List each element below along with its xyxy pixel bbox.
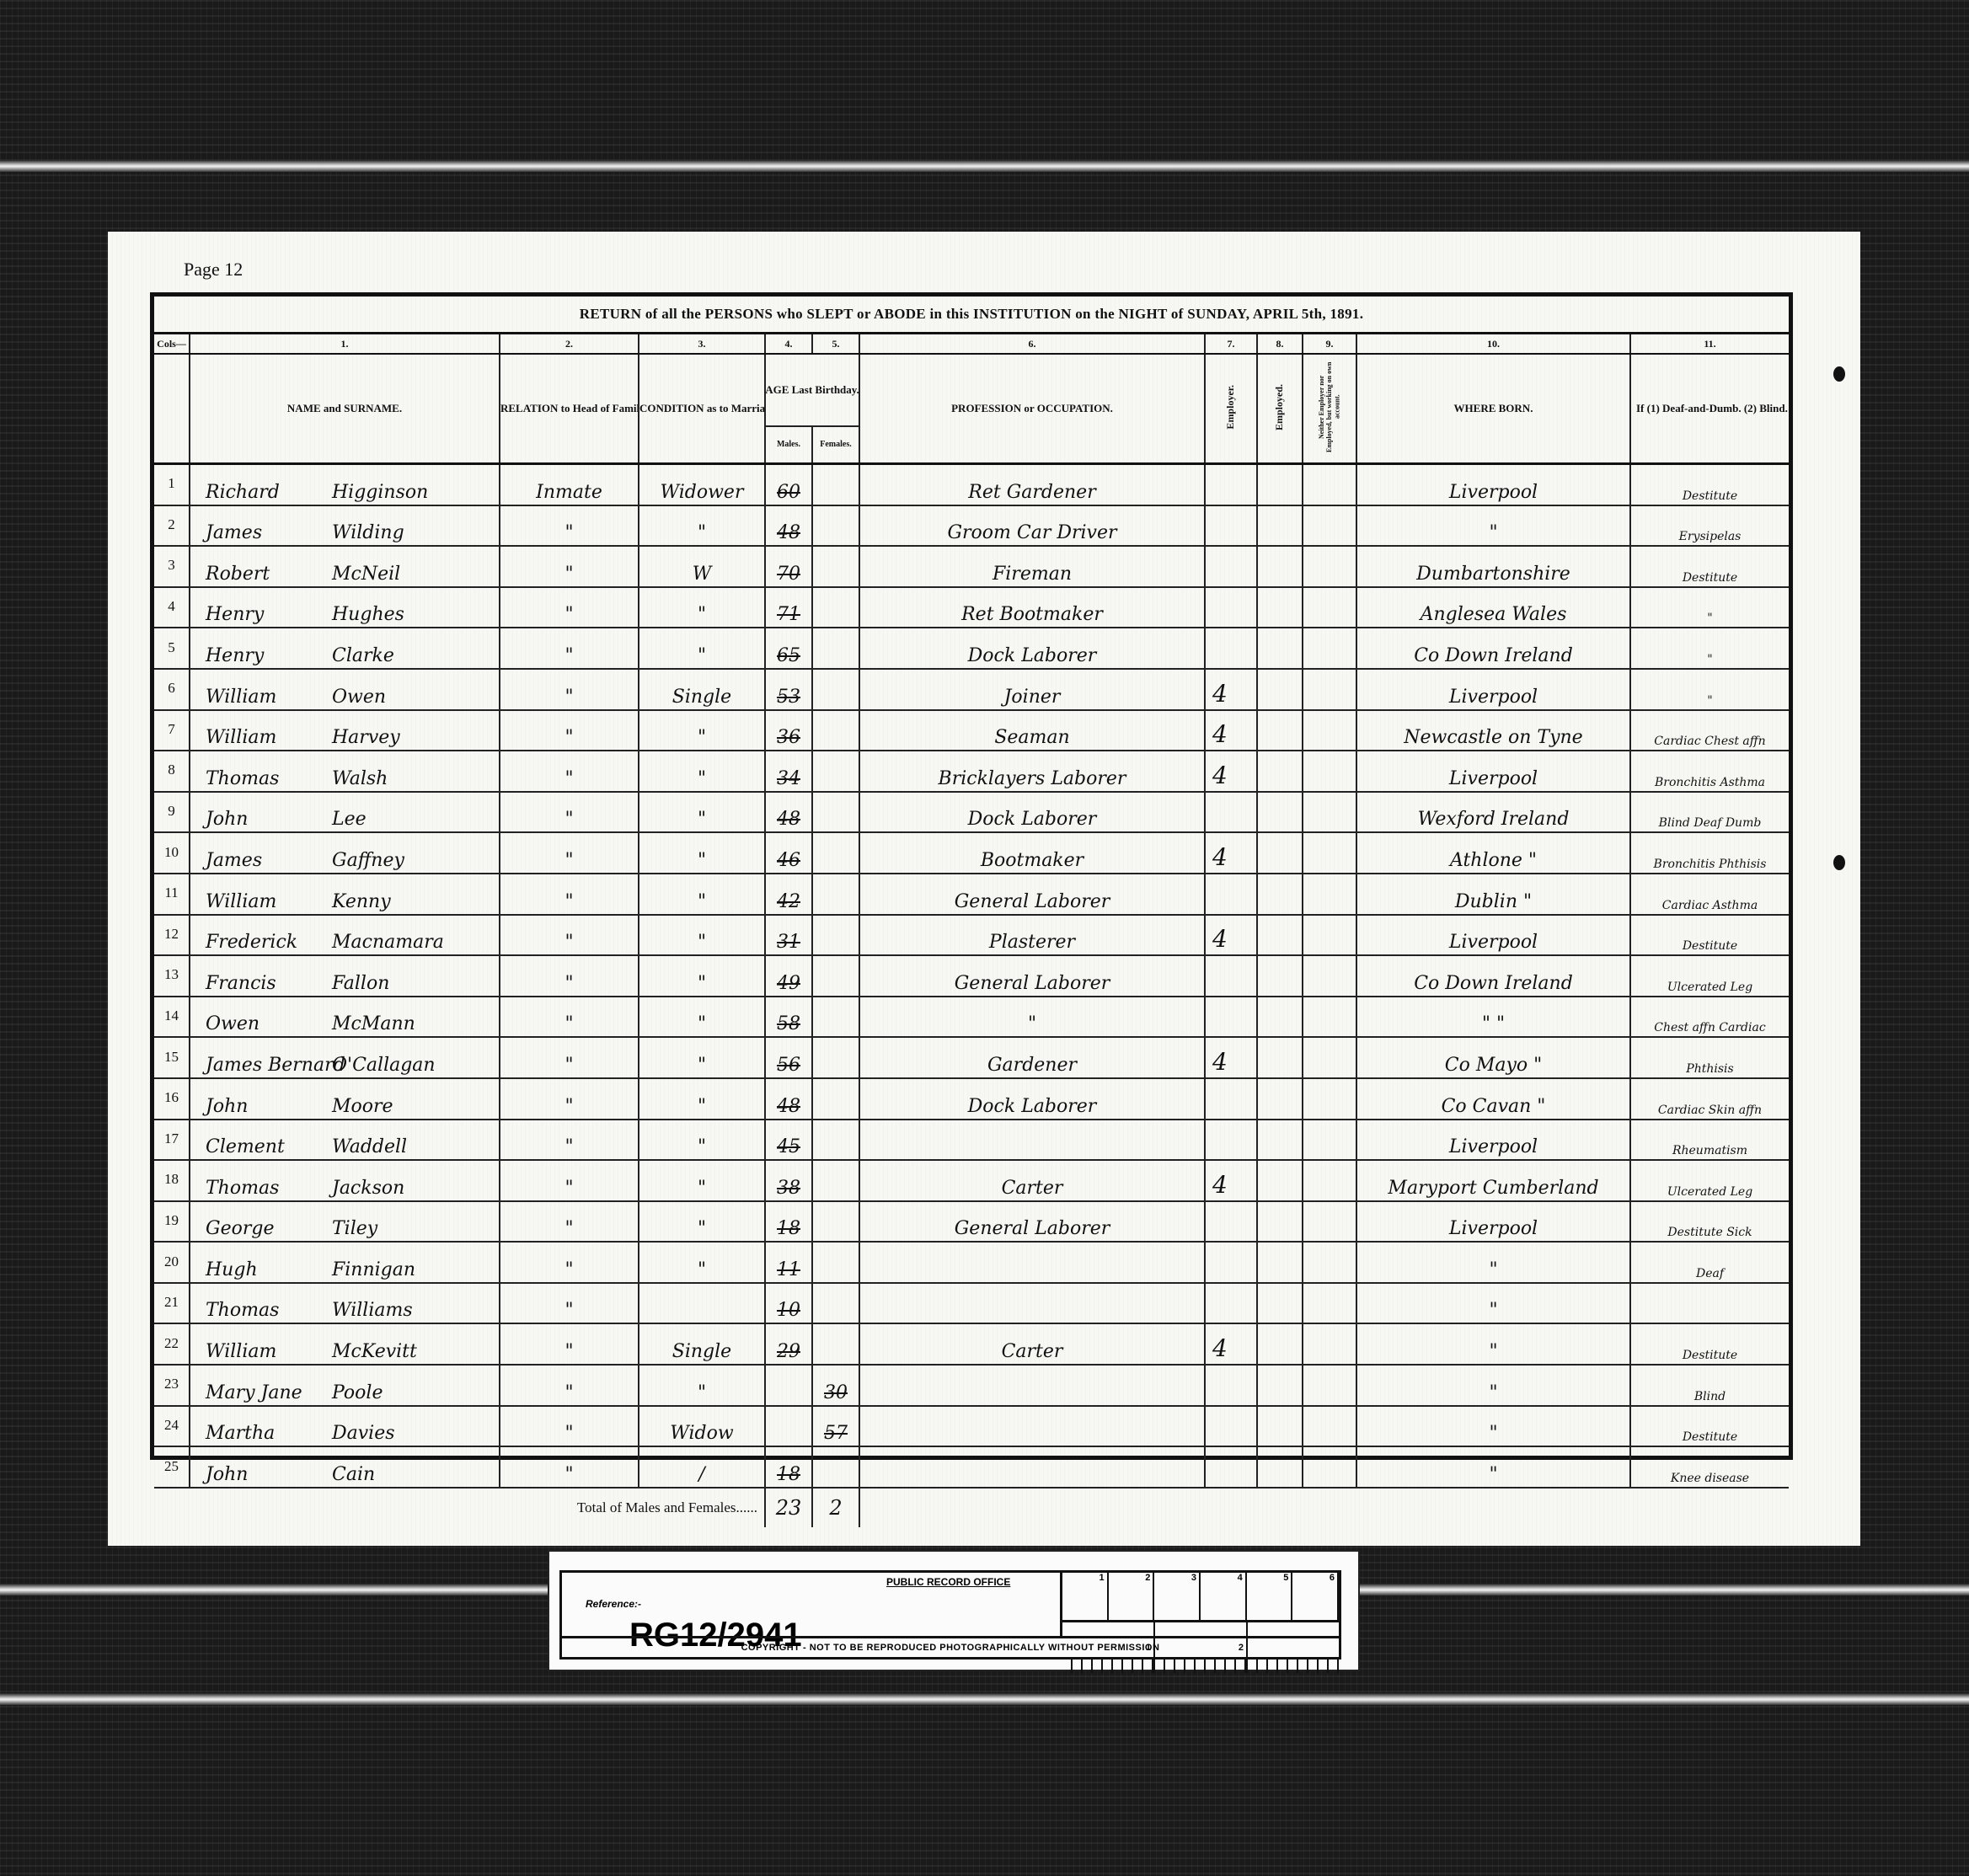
person-name: FrederickMacnamara xyxy=(190,915,500,956)
age-male-cell: 42 xyxy=(765,874,812,915)
table-row: 2JamesWilding""48Groom Car Driver"Erysip… xyxy=(154,505,1789,547)
own-account-cell xyxy=(1303,710,1356,751)
age-male-cell: 36 xyxy=(765,710,812,751)
own-account-cell xyxy=(1303,464,1356,505)
col-number: 6. xyxy=(859,334,1205,354)
relation-cell: " xyxy=(500,1365,639,1406)
first-name: Francis xyxy=(206,973,332,994)
relation-cell: " xyxy=(500,1120,639,1161)
occupation-cell: Groom Car Driver xyxy=(859,505,1205,547)
person-name: GeorgeTiley xyxy=(190,1201,500,1243)
age-female-cell xyxy=(812,1283,859,1324)
age-male-cell: 29 xyxy=(765,1323,812,1365)
relation-cell: " xyxy=(500,587,639,628)
first-name: Martha xyxy=(206,1423,332,1444)
age-female-cell xyxy=(812,628,859,669)
infirmity-cell: Cardiac Asthma xyxy=(1630,874,1789,915)
birthplace-cell: Athlone " xyxy=(1356,832,1630,874)
infirmity-cell: Erysipelas xyxy=(1630,505,1789,547)
infirmity-cell: Phthisis xyxy=(1630,1037,1789,1078)
birthplace-cell: " xyxy=(1356,1446,1630,1488)
occupation-cell: Plasterer xyxy=(859,915,1205,956)
first-name: Mary Jane xyxy=(206,1382,332,1403)
person-name: ThomasWilliams xyxy=(190,1283,500,1324)
age-male-cell: 18 xyxy=(765,1446,812,1488)
own-account-cell xyxy=(1303,792,1356,833)
condition-cell: " xyxy=(639,997,765,1038)
condition-cell: " xyxy=(639,1160,765,1201)
age-male-cell: 56 xyxy=(765,1037,812,1078)
age-male-cell: 48 xyxy=(765,1078,812,1120)
occupation-cell: Carter xyxy=(859,1160,1205,1201)
age-male-cell: 10 xyxy=(765,1283,812,1324)
age-male-cell: 71 xyxy=(765,587,812,628)
person-name: WilliamHarvey xyxy=(190,710,500,751)
age-female-cell xyxy=(812,792,859,833)
header-age-females: Females. xyxy=(811,427,859,462)
birthplace-cell: Anglesea Wales xyxy=(1356,587,1630,628)
own-account-cell xyxy=(1303,955,1356,997)
condition-cell: " xyxy=(639,1365,765,1406)
birthplace-cell: Dumbartonshire xyxy=(1356,546,1630,587)
row-number: 25 xyxy=(154,1446,190,1488)
condition-cell: Widower xyxy=(639,464,765,505)
row-number: 8 xyxy=(154,751,190,792)
row-number: 16 xyxy=(154,1078,190,1120)
condition-cell: " xyxy=(639,792,765,833)
own-account-cell xyxy=(1303,1365,1356,1406)
employed-cell xyxy=(1257,792,1303,833)
employed-cell xyxy=(1257,1323,1303,1365)
infirmity-cell: Bronchitis Phthisis xyxy=(1630,832,1789,874)
first-name: William xyxy=(206,891,332,912)
own-account-cell xyxy=(1303,997,1356,1038)
person-name: FrancisFallon xyxy=(190,955,500,997)
person-name: WilliamOwen xyxy=(190,669,500,710)
header-employed: Employed. xyxy=(1257,354,1303,464)
own-account-cell xyxy=(1303,915,1356,956)
age-female-cell xyxy=(812,832,859,874)
person-name: ThomasJackson xyxy=(190,1160,500,1201)
condition-cell: " xyxy=(639,874,765,915)
surname: Poole xyxy=(332,1382,383,1403)
condition-cell: " xyxy=(639,1201,765,1243)
employer-cell xyxy=(1205,1078,1257,1120)
row-number: 14 xyxy=(154,997,190,1038)
person-name: OwenMcMann xyxy=(190,997,500,1038)
col-number: 3. xyxy=(639,334,765,354)
infirmity-cell: Bronchitis Asthma xyxy=(1630,751,1789,792)
age-female-cell: 57 xyxy=(812,1406,859,1447)
infirmity-cell: Blind xyxy=(1630,1365,1789,1406)
occupation-cell: General Laborer xyxy=(859,874,1205,915)
table-row: 15James BernardO'Callagan""56Gardener4Co… xyxy=(154,1037,1789,1078)
relation-cell: Inmate xyxy=(500,464,639,505)
person-name: JamesGaffney xyxy=(190,832,500,874)
own-account-cell xyxy=(1303,1037,1356,1078)
employed-cell xyxy=(1257,1160,1303,1201)
row-number: 22 xyxy=(154,1323,190,1365)
age-male-cell: 49 xyxy=(765,955,812,997)
surname: Tiley xyxy=(332,1218,377,1239)
relation-cell: " xyxy=(500,955,639,997)
surname: Davies xyxy=(332,1423,395,1444)
employed-cell xyxy=(1257,1365,1303,1406)
employer-cell: 4 xyxy=(1205,1160,1257,1201)
age-female-cell xyxy=(812,1037,859,1078)
birthplace-cell: Co Down Ireland xyxy=(1356,955,1630,997)
measurement-scale: 1 2 3 4 5 6 1 2 xyxy=(1060,1573,1339,1636)
surname: Lee xyxy=(332,809,367,830)
table-row: 4HenryHughes""71Ret BootmakerAnglesea Wa… xyxy=(154,587,1789,628)
row-number: 12 xyxy=(154,915,190,956)
relation-cell: " xyxy=(500,1078,639,1120)
condition-cell: " xyxy=(639,1078,765,1120)
relation-cell: " xyxy=(500,1323,639,1365)
own-account-cell xyxy=(1303,832,1356,874)
age-male-cell: 48 xyxy=(765,505,812,547)
person-name: HenryHughes xyxy=(190,587,500,628)
occupation-cell xyxy=(859,1242,1205,1283)
employer-cell xyxy=(1205,1365,1257,1406)
table-row: 7WilliamHarvey""36Seaman4Newcastle on Ty… xyxy=(154,710,1789,751)
own-account-cell xyxy=(1303,1406,1356,1447)
birthplace-cell: Co Mayo " xyxy=(1356,1037,1630,1078)
age-female-cell xyxy=(812,751,859,792)
first-name: James xyxy=(206,850,332,871)
employer-cell xyxy=(1205,874,1257,915)
birthplace-cell: Liverpool xyxy=(1356,669,1630,710)
col-number: Cols— xyxy=(154,334,190,354)
employed-cell xyxy=(1257,505,1303,547)
infirmity-cell: " xyxy=(1630,628,1789,669)
header-relation: RELATION to Head of Family, or Position … xyxy=(500,354,639,464)
person-name: JohnCain xyxy=(190,1446,500,1488)
age-female-cell xyxy=(812,505,859,547)
age-male-cell: 70 xyxy=(765,546,812,587)
age-male-cell: 31 xyxy=(765,915,812,956)
surname: McNeil xyxy=(332,564,400,585)
employer-cell xyxy=(1205,1406,1257,1447)
condition-cell: " xyxy=(639,751,765,792)
table-row: 24MarthaDavies"Widow57"Destitute xyxy=(154,1406,1789,1447)
surname: Higginson xyxy=(332,482,428,503)
employer-cell xyxy=(1205,997,1257,1038)
age-female-cell xyxy=(812,546,859,587)
header-name: NAME and SURNAME. xyxy=(190,354,500,464)
age-female-cell xyxy=(812,587,859,628)
row-number: 4 xyxy=(154,587,190,628)
scale-mark: 6 xyxy=(1292,1573,1339,1620)
age-female-cell xyxy=(812,710,859,751)
birthplace-cell: Liverpool xyxy=(1356,915,1630,956)
condition-cell: " xyxy=(639,955,765,997)
employed-cell xyxy=(1257,915,1303,956)
table-row: 8ThomasWalsh""34Bricklayers Laborer4Live… xyxy=(154,751,1789,792)
birthplace-cell: " xyxy=(1356,1365,1630,1406)
own-account-cell xyxy=(1303,1160,1356,1201)
table-row: 12FrederickMacnamara""31Plasterer4Liverp… xyxy=(154,915,1789,956)
first-name: William xyxy=(206,687,332,708)
employer-cell xyxy=(1205,464,1257,505)
employer-cell xyxy=(1205,1446,1257,1488)
totals-row: Total of Males and Females...... 23 2 xyxy=(154,1488,1789,1527)
age-female-cell xyxy=(812,1323,859,1365)
relation-cell: " xyxy=(500,1201,639,1243)
first-name: John xyxy=(206,809,332,830)
row-number: 11 xyxy=(154,874,190,915)
age-female-cell xyxy=(812,464,859,505)
own-account-cell xyxy=(1303,1283,1356,1324)
infirmity-cell: Blind Deaf Dumb xyxy=(1630,792,1789,833)
table-row: 17ClementWaddell""45LiverpoolRheumatism xyxy=(154,1120,1789,1161)
employer-cell xyxy=(1205,628,1257,669)
employer-cell xyxy=(1205,1242,1257,1283)
age-female-cell xyxy=(812,669,859,710)
own-account-cell xyxy=(1303,1201,1356,1243)
office-label: PUBLIC RECORD OFFICE xyxy=(886,1576,1010,1588)
table-row: 22WilliamMcKevitt"Single29Carter4"Destit… xyxy=(154,1323,1789,1365)
relation-cell: " xyxy=(500,1037,639,1078)
person-name: HughFinnigan xyxy=(190,1242,500,1283)
relation-cell: " xyxy=(500,546,639,587)
person-name: RobertMcNeil xyxy=(190,546,500,587)
table-row: 25JohnCain"/18"Knee disease xyxy=(154,1446,1789,1488)
condition-cell: " xyxy=(639,832,765,874)
own-account-cell xyxy=(1303,628,1356,669)
infirmity-cell: Cardiac Skin affn xyxy=(1630,1078,1789,1120)
surname: Gaffney xyxy=(332,850,404,871)
age-male-cell: 45 xyxy=(765,1120,812,1161)
col-number: 8. xyxy=(1257,334,1303,354)
occupation-cell: General Laborer xyxy=(859,1201,1205,1243)
relation-cell: " xyxy=(500,1446,639,1488)
first-name: William xyxy=(206,727,332,748)
first-name: Clement xyxy=(206,1136,332,1157)
row-number: 19 xyxy=(154,1201,190,1243)
employed-cell xyxy=(1257,669,1303,710)
age-male-cell xyxy=(765,1406,812,1447)
condition-cell: W xyxy=(639,546,765,587)
surname: Fallon xyxy=(332,973,389,994)
first-name: Frederick xyxy=(206,932,332,953)
census-table: Cols— 1. 2. 3. 4. 5. 6. 7. 8. 9. 10. 11.… xyxy=(154,334,1789,1527)
age-male-cell: 46 xyxy=(765,832,812,874)
infirmity-cell: Ulcerated Leg xyxy=(1630,1160,1789,1201)
infirmity-cell: Destitute xyxy=(1630,915,1789,956)
occupation-cell: Seaman xyxy=(859,710,1205,751)
condition-cell: " xyxy=(639,1242,765,1283)
age-male-cell: 48 xyxy=(765,792,812,833)
col-number: 9. xyxy=(1303,334,1356,354)
own-account-cell xyxy=(1303,505,1356,547)
surname: Walsh xyxy=(332,768,388,789)
age-female-cell xyxy=(812,1242,859,1283)
own-account-cell xyxy=(1303,751,1356,792)
birthplace-cell: " " xyxy=(1356,997,1630,1038)
first-name: John xyxy=(206,1096,332,1117)
age-male-cell: 53 xyxy=(765,669,812,710)
surname: Harvey xyxy=(332,727,400,748)
person-name: JohnMoore xyxy=(190,1078,500,1120)
infirmity-cell: Destitute Sick xyxy=(1630,1201,1789,1243)
occupation-cell: Joiner xyxy=(859,669,1205,710)
age-male-cell: 34 xyxy=(765,751,812,792)
relation-cell: " xyxy=(500,710,639,751)
age-female-cell xyxy=(812,874,859,915)
first-name: John xyxy=(206,1464,332,1485)
occupation-cell: Gardener xyxy=(859,1037,1205,1078)
birthplace-cell: Co Cavan " xyxy=(1356,1078,1630,1120)
occupation-cell xyxy=(859,1406,1205,1447)
employer-cell xyxy=(1205,792,1257,833)
age-female-cell: 30 xyxy=(812,1365,859,1406)
surname: Waddell xyxy=(332,1136,407,1157)
own-account-cell xyxy=(1303,1120,1356,1161)
first-name: Owen xyxy=(206,1013,332,1034)
age-male-cell: 60 xyxy=(765,464,812,505)
employer-cell: 4 xyxy=(1205,915,1257,956)
table-row: 13FrancisFallon""49General LaborerCo Dow… xyxy=(154,955,1789,997)
relation-cell: " xyxy=(500,832,639,874)
person-name: JohnLee xyxy=(190,792,500,833)
condition-cell xyxy=(639,1283,765,1324)
infirmity-cell: Destitute xyxy=(1630,1323,1789,1365)
age-male-cell xyxy=(765,1365,812,1406)
own-account-cell xyxy=(1303,1242,1356,1283)
employed-cell xyxy=(1257,628,1303,669)
row-number: 10 xyxy=(154,832,190,874)
birthplace-cell: Liverpool xyxy=(1356,1120,1630,1161)
relation-cell: " xyxy=(500,997,639,1038)
person-name: MarthaDavies xyxy=(190,1406,500,1447)
person-name: RichardHigginson xyxy=(190,464,500,505)
first-name: James xyxy=(206,522,332,543)
scale-mark: 2 xyxy=(1109,1573,1155,1620)
condition-cell: " xyxy=(639,505,765,547)
table-row: 23Mary JanePoole""30"Blind xyxy=(154,1365,1789,1406)
total-males: 23 xyxy=(765,1488,812,1527)
row-number: 3 xyxy=(154,546,190,587)
table-row: 11WilliamKenny""42General LaborerDublin … xyxy=(154,874,1789,915)
birthplace-cell: " xyxy=(1356,1283,1630,1324)
own-account-cell xyxy=(1303,874,1356,915)
scanner-band xyxy=(0,160,1969,172)
table-row: 19GeorgeTiley""18General LaborerLiverpoo… xyxy=(154,1201,1789,1243)
table-row: 1RichardHigginsonInmateWidower60Ret Gard… xyxy=(154,464,1789,505)
birthplace-cell: " xyxy=(1356,1323,1630,1365)
age-male-cell: 11 xyxy=(765,1242,812,1283)
col-number: 4. xyxy=(765,334,812,354)
infirmity-cell: Chest affn Cardiac xyxy=(1630,997,1789,1038)
own-account-cell xyxy=(1303,1078,1356,1120)
person-name: HenryClarke xyxy=(190,628,500,669)
col-number: 2. xyxy=(500,334,639,354)
row-number: 9 xyxy=(154,792,190,833)
age-male-cell: 65 xyxy=(765,628,812,669)
first-name: Thomas xyxy=(206,1300,332,1321)
first-name: Thomas xyxy=(206,768,332,789)
first-name: Hugh xyxy=(206,1259,332,1280)
employed-cell xyxy=(1257,587,1303,628)
surname: McKevitt xyxy=(332,1341,417,1362)
infirmity-cell: " xyxy=(1630,669,1789,710)
header-employer: Employer. xyxy=(1205,354,1257,464)
surname: Jackson xyxy=(332,1178,404,1199)
infirmity-cell: Destitute xyxy=(1630,546,1789,587)
census-rows: 1RichardHigginsonInmateWidower60Ret Gard… xyxy=(154,464,1789,1488)
scale-mark: 3 xyxy=(1154,1573,1201,1620)
employed-cell xyxy=(1257,1201,1303,1243)
age-female-cell xyxy=(812,1120,859,1161)
infirmity-cell: Knee disease xyxy=(1630,1446,1789,1488)
row-number: 24 xyxy=(154,1406,190,1447)
employer-cell xyxy=(1205,546,1257,587)
employed-cell xyxy=(1257,751,1303,792)
condition-cell: " xyxy=(639,1037,765,1078)
row-number: 5 xyxy=(154,628,190,669)
occupation-cell: Dock Laborer xyxy=(859,792,1205,833)
condition-cell: " xyxy=(639,587,765,628)
birthplace-cell: Maryport Cumberland xyxy=(1356,1160,1630,1201)
first-name: James Bernard xyxy=(206,1055,332,1076)
relation-cell: " xyxy=(500,1242,639,1283)
occupation-cell: Ret Bootmaker xyxy=(859,587,1205,628)
row-number: 13 xyxy=(154,955,190,997)
own-account-cell xyxy=(1303,669,1356,710)
age-female-cell xyxy=(812,1201,859,1243)
table-row: 21ThomasWilliams"10" xyxy=(154,1283,1789,1324)
employer-cell: 4 xyxy=(1205,1323,1257,1365)
occupation-cell: Ret Gardener xyxy=(859,464,1205,505)
employed-cell xyxy=(1257,1120,1303,1161)
row-number: 18 xyxy=(154,1160,190,1201)
relation-cell: " xyxy=(500,915,639,956)
birthplace-cell: Dublin " xyxy=(1356,874,1630,915)
infirmity-cell: " xyxy=(1630,587,1789,628)
reference-label: Reference:- xyxy=(586,1598,641,1610)
occupation-cell: Dock Laborer xyxy=(859,1078,1205,1120)
age-female-cell xyxy=(812,1446,859,1488)
person-name: Mary JanePoole xyxy=(190,1365,500,1406)
row-number: 1 xyxy=(154,464,190,505)
condition-cell: Single xyxy=(639,1323,765,1365)
employed-cell xyxy=(1257,832,1303,874)
occupation-cell xyxy=(859,1120,1205,1161)
occupation-cell xyxy=(859,1365,1205,1406)
infirmity-cell: Rheumatism xyxy=(1630,1120,1789,1161)
punch-hole xyxy=(1833,366,1845,382)
condition-cell: " xyxy=(639,1120,765,1161)
employed-cell xyxy=(1257,997,1303,1038)
employed-cell xyxy=(1257,874,1303,915)
relation-cell: " xyxy=(500,792,639,833)
first-name: Henry xyxy=(206,604,332,625)
occupation-cell xyxy=(859,1283,1205,1324)
employed-cell xyxy=(1257,710,1303,751)
relation-cell: " xyxy=(500,874,639,915)
employer-cell xyxy=(1205,1283,1257,1324)
infirmity-cell: Ulcerated Leg xyxy=(1630,955,1789,997)
relation-cell: " xyxy=(500,505,639,547)
birthplace-cell: Liverpool xyxy=(1356,1201,1630,1243)
table-row: 14OwenMcMann""58"" "Chest affn Cardiac xyxy=(154,997,1789,1038)
birthplace-cell: " xyxy=(1356,1242,1630,1283)
employed-cell xyxy=(1257,955,1303,997)
age-female-cell xyxy=(812,915,859,956)
occupation-cell: " xyxy=(859,997,1205,1038)
age-female-cell xyxy=(812,997,859,1038)
